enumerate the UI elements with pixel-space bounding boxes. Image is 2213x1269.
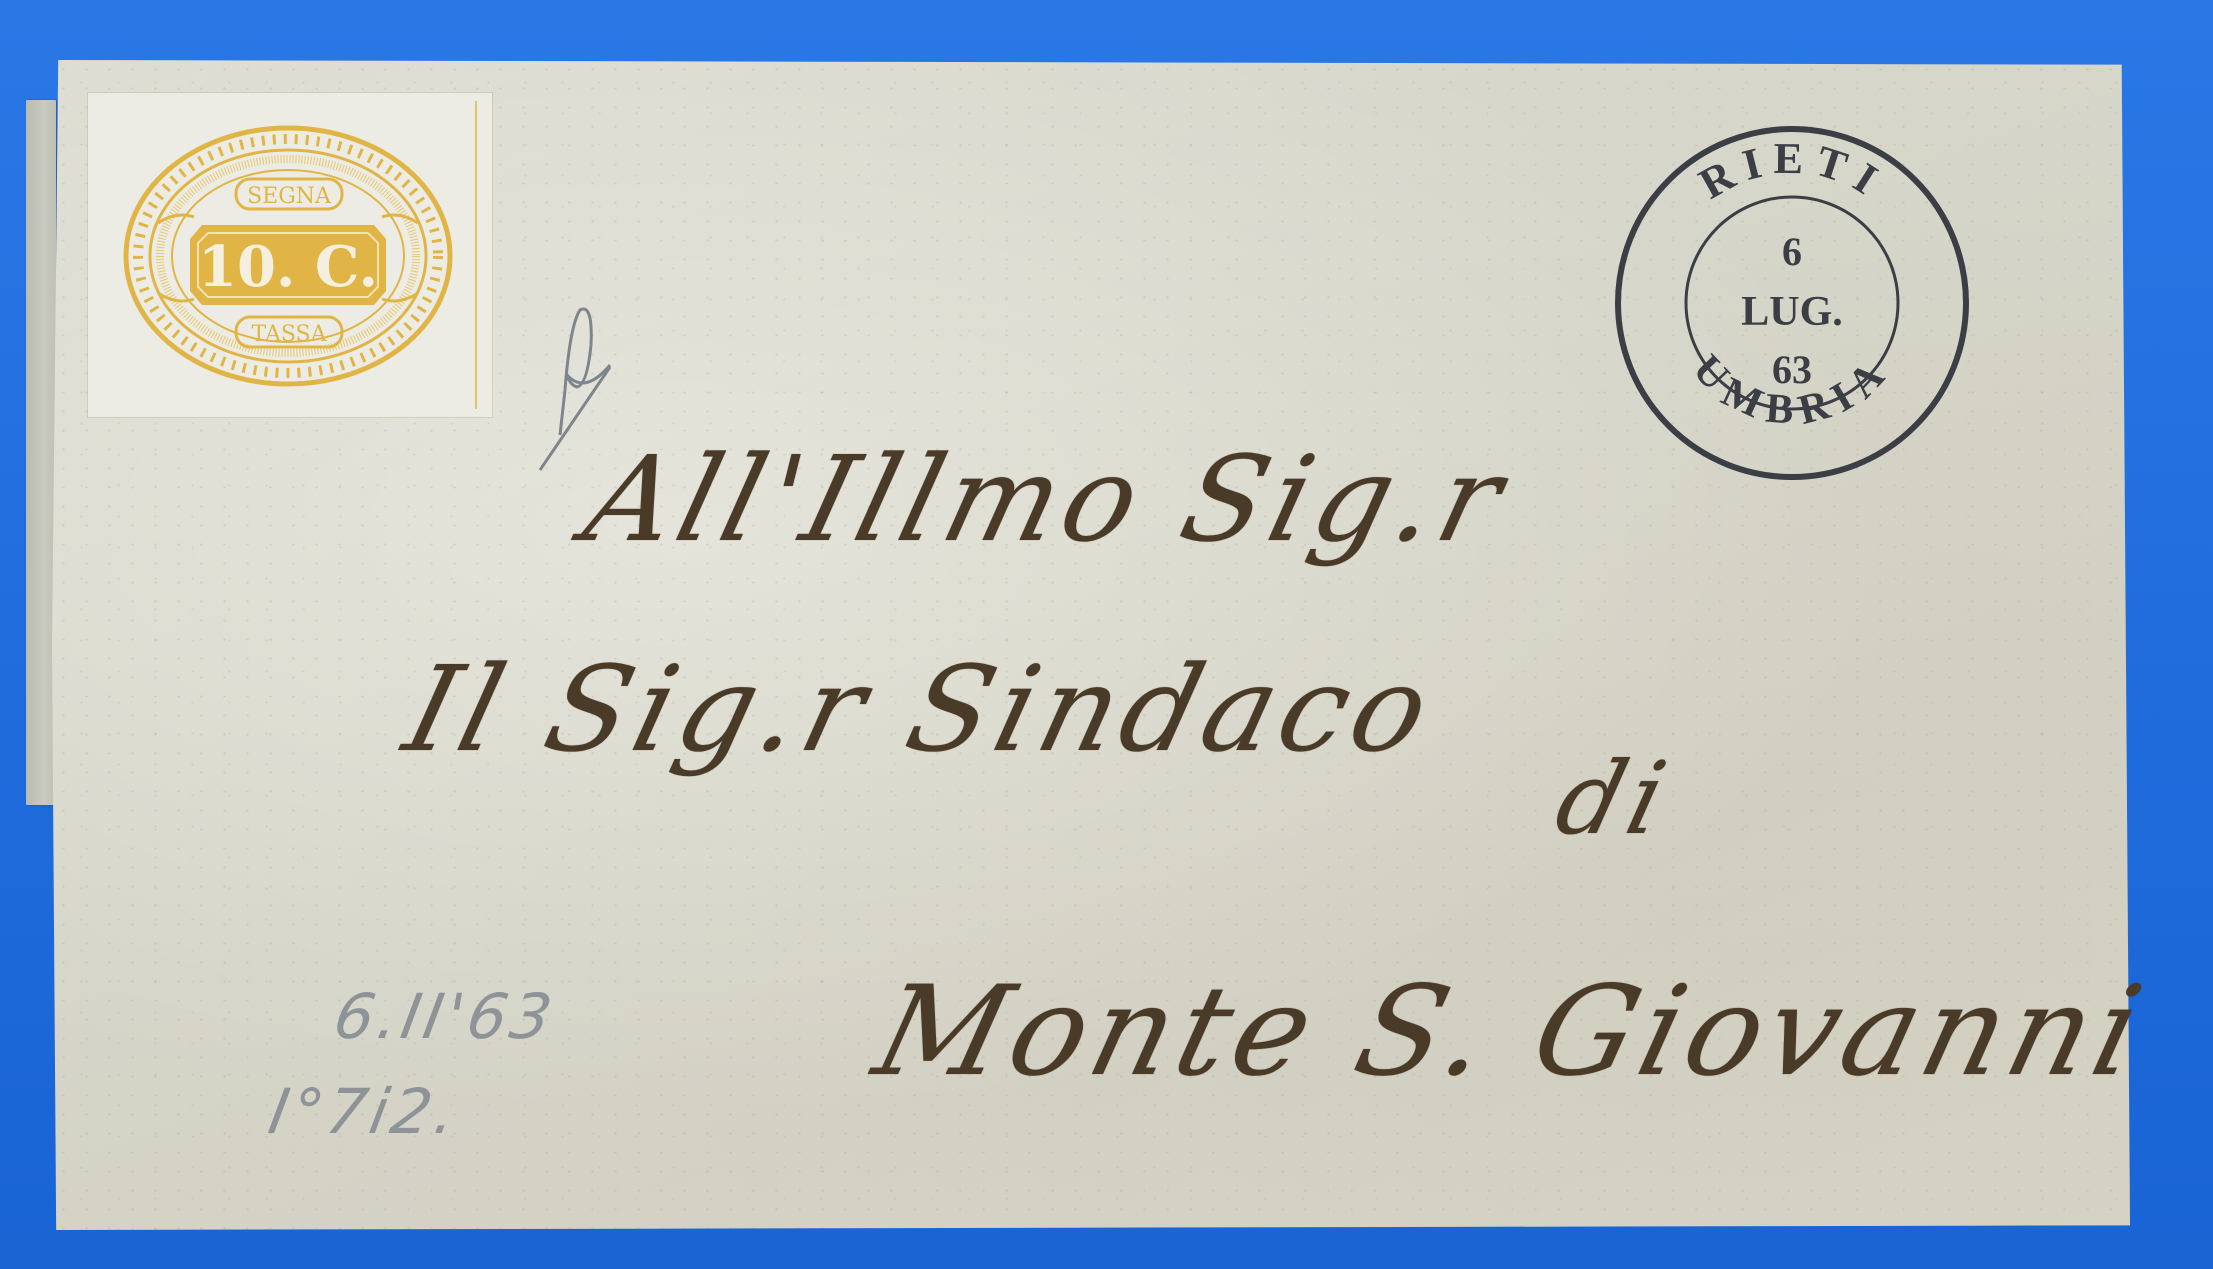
stamp-design: SEGNA 10. C. TASSA xyxy=(88,93,492,417)
pencil-note-code: I°7i2. xyxy=(264,1075,466,1148)
address-line-3: Monte S. Giovanni xyxy=(862,960,2160,1104)
postmark: RIETI UMBRIA 6 LUG. 63 xyxy=(1604,115,1980,491)
folded-paper-edge xyxy=(26,100,56,805)
postmark-year: 63 xyxy=(1772,347,1812,392)
pencil-note-date: 6.II'63 xyxy=(329,980,562,1053)
postage-due-stamp: SEGNA 10. C. TASSA xyxy=(88,93,492,417)
stamp-top-label: SEGNA xyxy=(247,184,332,209)
stamp-bottom-label: TASSA xyxy=(251,322,327,347)
postmark-day: 6 xyxy=(1782,229,1802,274)
address-line-1: All'Illmo Sig.r xyxy=(573,430,1521,568)
stamp-value: 10. C. xyxy=(198,234,378,300)
address-line-2: Il Sig.r Sindaco xyxy=(393,640,1448,778)
postmark-month: LUG. xyxy=(1741,289,1843,335)
